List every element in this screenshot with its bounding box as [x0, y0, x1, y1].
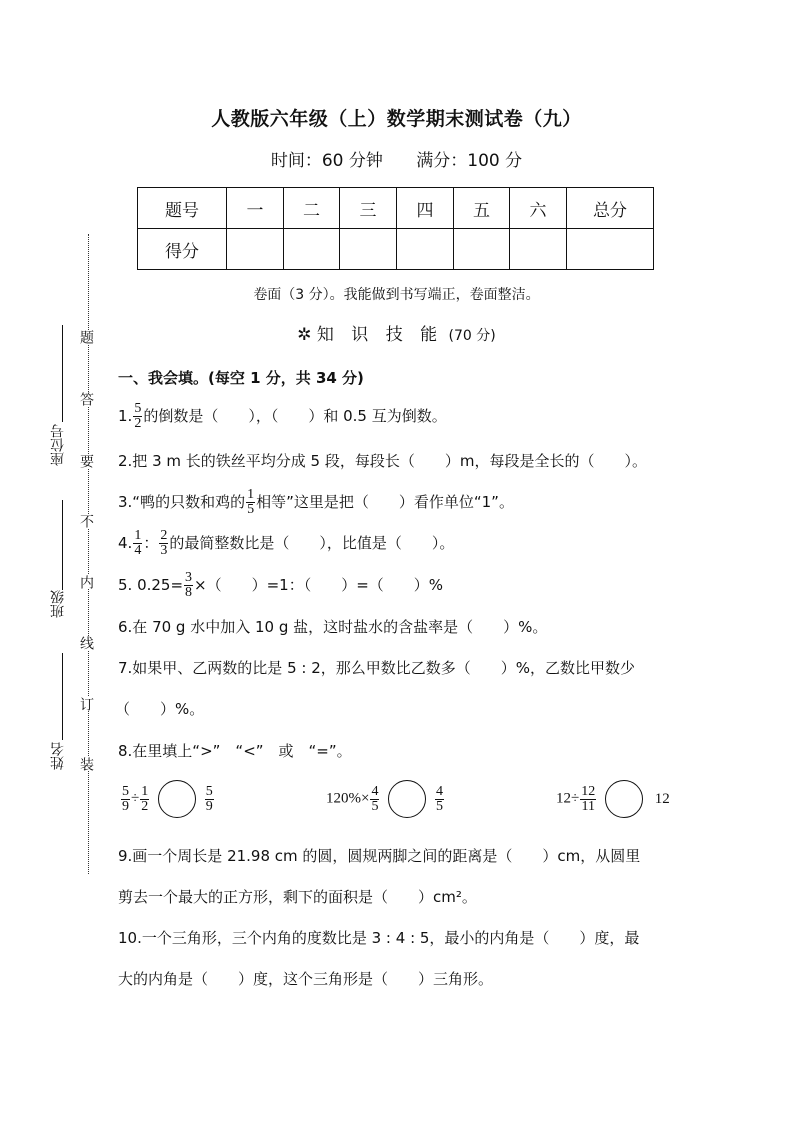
question-8: 8.在里填上“>” “<” 或 “=”。: [118, 741, 352, 761]
class-field[interactable]: [62, 500, 63, 590]
denominator: 2: [133, 417, 142, 431]
binding-char: 答: [80, 392, 96, 406]
header-cell: 题号: [138, 188, 227, 229]
binding-char: 要: [80, 454, 96, 468]
question-text: 3.“鸭的只数和鸡的: [118, 493, 245, 511]
score-label-cell: 得分: [138, 229, 227, 270]
header-cell: 五: [454, 188, 510, 229]
part1-heading: 一、我会填。(每空 1 分，共 34 分): [118, 367, 364, 388]
numerator: 5: [121, 785, 130, 800]
numerator: 12: [580, 785, 596, 800]
compare-item-2: 120%×45 45: [326, 780, 445, 818]
question-text: 的倒数是（ ），（ ）和 0.5 互为倒数。: [143, 407, 446, 425]
binding-char: 装: [80, 757, 96, 771]
fraction: 59: [121, 785, 130, 814]
numerator: 5: [205, 785, 214, 800]
name-field[interactable]: [62, 653, 63, 740]
binding-char: 不: [80, 514, 96, 528]
compare-item-3: 12÷1211 12: [556, 780, 670, 818]
denominator: 5: [246, 503, 255, 517]
name-label: 姓名: [48, 742, 68, 770]
question-5: 5. 0.25=38×（ ）=1：（ ）=（ ）%: [118, 571, 443, 600]
binding-char: 订: [80, 697, 96, 711]
question-2: 2.把 3 m 长的铁丝平均分成 5 段，每段长（ ）m，每段是全长的（ ）。: [118, 451, 647, 471]
section-score: (70 分): [449, 328, 496, 344]
numerator: 1: [140, 785, 149, 800]
exam-title: 人教版六年级（上）数学期末测试卷（九）: [0, 104, 793, 131]
operand: 12: [655, 791, 670, 807]
denominator: 9: [121, 800, 130, 814]
numerator: 1: [246, 488, 255, 503]
fraction: 45: [370, 785, 379, 814]
question-text: 相等”这里是把（ ）看作单位“1”。: [256, 493, 514, 511]
exam-info: 时间：60 分钟 满分：100 分: [0, 146, 793, 171]
answer-circle[interactable]: [605, 780, 643, 818]
fraction: 52: [133, 402, 142, 431]
score-cell[interactable]: [340, 229, 397, 270]
compare-item-1: 59÷12 59: [120, 780, 215, 818]
fraction: 23: [159, 529, 168, 558]
time-limit: 时间：60 分钟: [271, 151, 383, 171]
fraction: 14: [133, 529, 142, 558]
header-cell: 六: [510, 188, 567, 229]
fraction: 59: [205, 785, 214, 814]
fraction: 45: [435, 785, 444, 814]
question-10-line-1: 10.一个三角形，三个内角的度数比是 3 : 4 : 5，最小的内角是（ ）度，…: [118, 928, 639, 948]
fraction: 38: [184, 571, 193, 600]
score-table: 题号 一 二 三 四 五 六 总分 得分: [137, 187, 654, 270]
header-cell: 二: [284, 188, 340, 229]
question-7-line-2: （ ）%。: [115, 699, 204, 719]
neatness-note: 卷面（3 分）。我能做到书写端正，卷面整洁。: [0, 284, 793, 304]
full-score: 满分：100 分: [416, 151, 522, 171]
denominator: 11: [580, 800, 596, 814]
section-title: ✲ 知 识 技 能 (70 分): [0, 320, 793, 345]
answer-circle[interactable]: [388, 780, 426, 818]
fraction: 15: [246, 488, 255, 517]
score-cell[interactable]: [454, 229, 510, 270]
header-cell: 四: [397, 188, 454, 229]
score-cell[interactable]: [567, 229, 654, 270]
asterisk-icon: ✲: [297, 325, 311, 345]
binding-char: 内: [80, 575, 96, 589]
question-1: 1.52的倒数是（ ），（ ）和 0.5 互为倒数。: [118, 402, 447, 431]
section-name: 知 识 技 能: [317, 325, 443, 345]
numerator: 1: [133, 529, 142, 544]
numerator: 4: [370, 785, 379, 800]
question-7-line-1: 7.如果甲、乙两数的比是 5 : 2，那么甲数比乙数多（ ）%，乙数比甲数少: [118, 658, 635, 678]
question-text: 5. 0.25=: [118, 576, 183, 594]
denominator: 5: [370, 800, 379, 814]
question-6: 6.在 70 g 水中加入 10 g 盐，这时盐水的含盐率是（ ）%。: [118, 617, 547, 637]
operator: ÷: [131, 791, 139, 807]
question-9-line-1: 9.画一个周长是 21.98 cm 的圆，圆规两脚之间的距离是（ ）cm，从圆里: [118, 846, 640, 866]
operator: ÷: [571, 791, 579, 807]
score-cell[interactable]: [284, 229, 340, 270]
fraction: 12: [140, 785, 149, 814]
score-cell[interactable]: [510, 229, 567, 270]
score-cell[interactable]: [397, 229, 454, 270]
denominator: 5: [435, 800, 444, 814]
question-3: 3.“鸭的只数和鸡的15相等”这里是把（ ）看作单位“1”。: [118, 488, 514, 517]
denominator: 3: [159, 544, 168, 558]
score-table-header-row: 题号 一 二 三 四 五 六 总分: [138, 188, 654, 229]
score-cell[interactable]: [227, 229, 284, 270]
seat-number-label: 座位号: [48, 424, 68, 466]
question-text: ×（ ）=1：（ ）=（ ）%: [194, 576, 443, 594]
question-number: 4.: [118, 534, 132, 552]
numerator: 2: [159, 529, 168, 544]
denominator: 9: [205, 800, 214, 814]
class-label: 班级: [48, 590, 68, 618]
denominator: 4: [133, 544, 142, 558]
header-cell: 三: [340, 188, 397, 229]
numerator: 4: [435, 785, 444, 800]
numerator: 5: [133, 402, 142, 417]
question-10-line-2: 大的内角是（ ）度，这个三角形是（ ）三角形。: [118, 969, 493, 989]
fraction: 1211: [580, 785, 596, 814]
header-cell: 总分: [567, 188, 654, 229]
denominator: 2: [140, 800, 149, 814]
binding-char: 线: [80, 636, 96, 650]
denominator: 8: [184, 586, 193, 600]
question-number: 1.: [118, 407, 132, 425]
header-cell: 一: [227, 188, 284, 229]
numerator: 3: [184, 571, 193, 586]
answer-circle[interactable]: [158, 780, 196, 818]
question-4: 4.14：23的最简整数比是（ ），比值是（ ）。: [118, 529, 454, 558]
operator: ×: [361, 791, 369, 807]
question-9-line-2: 剪去一个最大的正方形，剩下的面积是（ ）cm²。: [118, 887, 477, 907]
operand: 12: [556, 791, 571, 807]
ratio-sign: ：: [143, 534, 158, 552]
question-text: 的最简整数比是（ ），比值是（ ）。: [169, 534, 454, 552]
score-table-score-row: 得分: [138, 229, 654, 270]
operand: 120%: [326, 791, 361, 807]
